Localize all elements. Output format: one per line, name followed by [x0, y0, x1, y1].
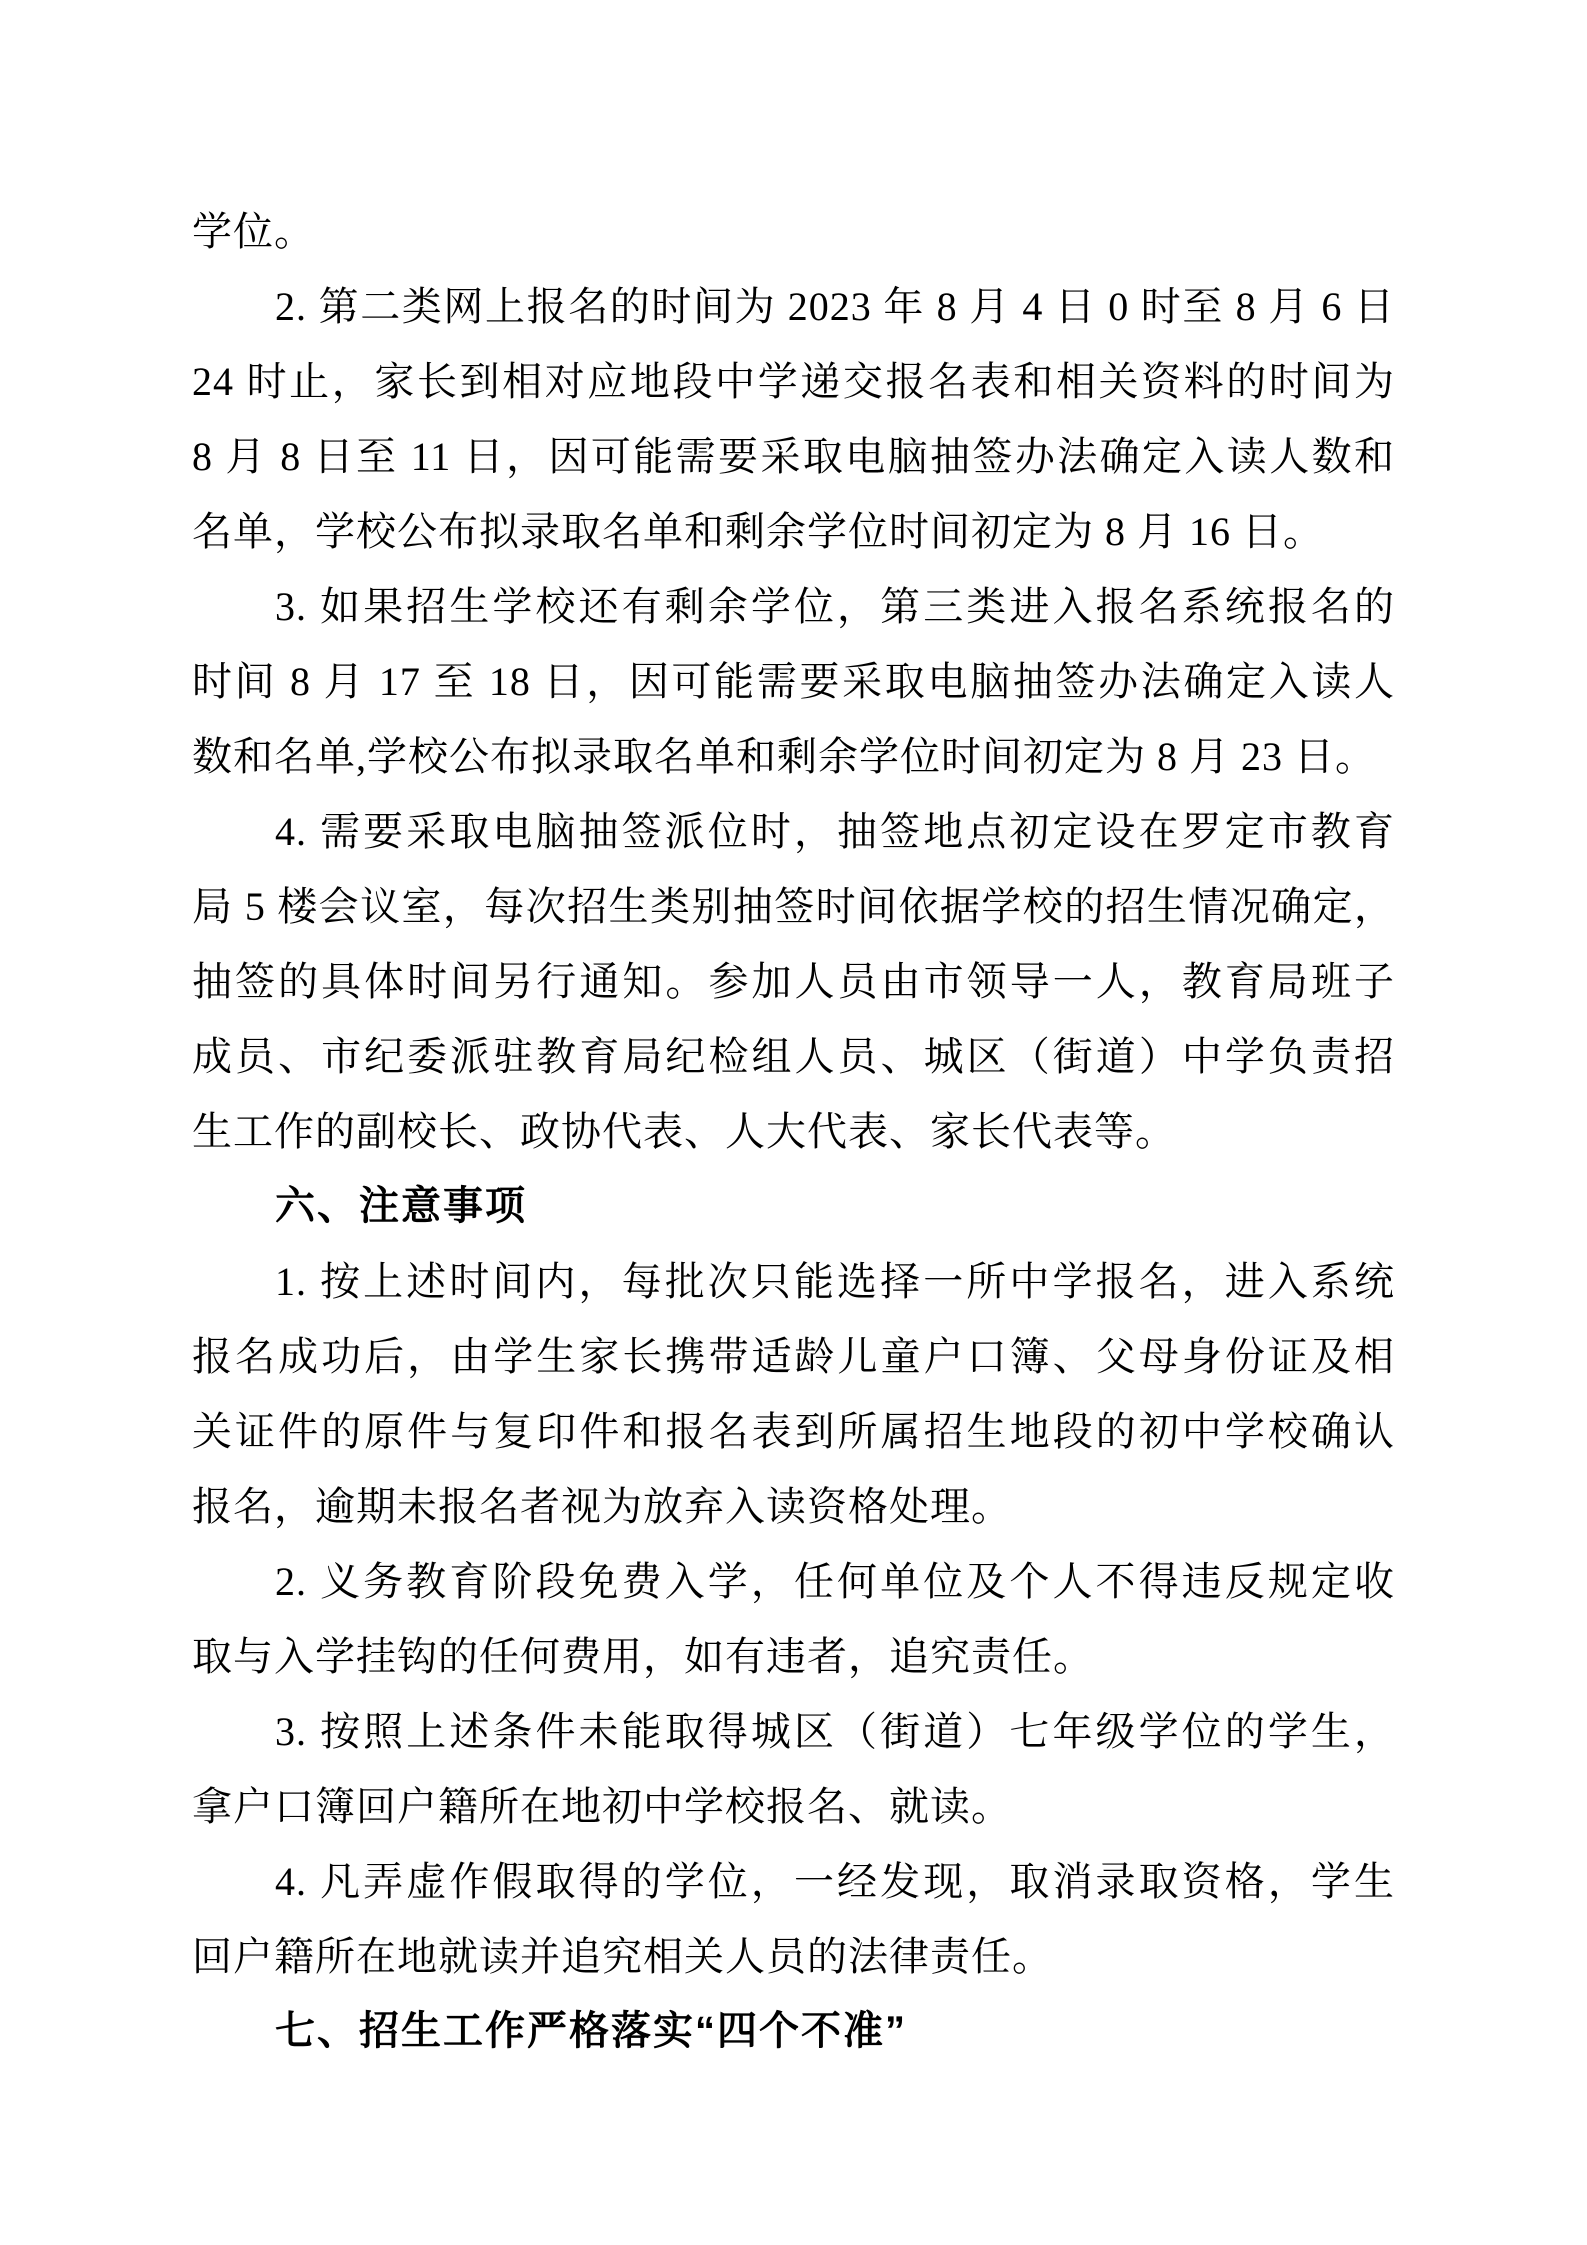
document-line: 回户籍所在地就读并追究相关人员的法律责任。 [192, 1919, 1395, 1994]
document-line: 4. 凡弄虚作假取得的学位，一经发现，取消录取资格，学生 [192, 1844, 1395, 1919]
document-line: 取与入学挂钩的任何费用，如有违者，追究责任。 [192, 1619, 1395, 1694]
document-line: 学位。 [192, 194, 1395, 269]
document-line: 3. 如果招生学校还有剩余学位，第三类进入报名系统报名的 [192, 569, 1395, 644]
document-page: 学位。2. 第二类网上报名的时间为 2023 年 8 月 4 日 0 时至 8 … [0, 0, 1587, 2245]
document-line: 时间 8 月 17 至 18 日，因可能需要采取电脑抽签办法确定入读人 [192, 644, 1395, 719]
document-line: 1. 按上述时间内，每批次只能选择一所中学报名，进入系统 [192, 1244, 1395, 1319]
document-line: 24 时止，家长到相对应地段中学递交报名表和相关资料的时间为 [192, 344, 1395, 419]
document-line: 2. 第二类网上报名的时间为 2023 年 8 月 4 日 0 时至 8 月 6… [192, 269, 1395, 344]
document-line: 关证件的原件与复印件和报名表到所属招生地段的初中学校确认 [192, 1394, 1395, 1469]
document-line: 2. 义务教育阶段免费入学，任何单位及个人不得违反规定收 [192, 1544, 1395, 1619]
document-line: 名单，学校公布拟录取名单和剩余学位时间初定为 8 月 16 日。 [192, 494, 1395, 569]
document-line: 抽签的具体时间另行通知。参加人员由市领导一人，教育局班子 [192, 944, 1395, 1019]
document-line: 报名，逾期未报名者视为放弃入读资格处理。 [192, 1469, 1395, 1544]
document-line: 生工作的副校长、政协代表、人大代表、家长代表等。 [192, 1094, 1395, 1169]
document-line: 3. 按照上述条件未能取得城区（街道）七年级学位的学生， [192, 1694, 1395, 1769]
section-heading: 七、招生工作严格落实“四个不准” [192, 1994, 1395, 2069]
document-body: 学位。2. 第二类网上报名的时间为 2023 年 8 月 4 日 0 时至 8 … [192, 194, 1395, 2069]
document-line: 4. 需要采取电脑抽签派位时，抽签地点初定设在罗定市教育 [192, 794, 1395, 869]
document-line: 拿户口簿回户籍所在地初中学校报名、就读。 [192, 1769, 1395, 1844]
document-line: 报名成功后，由学生家长携带适龄儿童户口簿、父母身份证及相 [192, 1319, 1395, 1394]
document-line: 局 5 楼会议室，每次招生类别抽签时间依据学校的招生情况确定， [192, 869, 1395, 944]
document-line: 数和名单,学校公布拟录取名单和剩余学位时间初定为 8 月 23 日。 [192, 719, 1395, 794]
section-heading: 六、注意事项 [192, 1169, 1395, 1244]
document-line: 成员、市纪委派驻教育局纪检组人员、城区（街道）中学负责招 [192, 1019, 1395, 1094]
document-line: 8 月 8 日至 11 日，因可能需要采取电脑抽签办法确定入读人数和 [192, 419, 1395, 494]
